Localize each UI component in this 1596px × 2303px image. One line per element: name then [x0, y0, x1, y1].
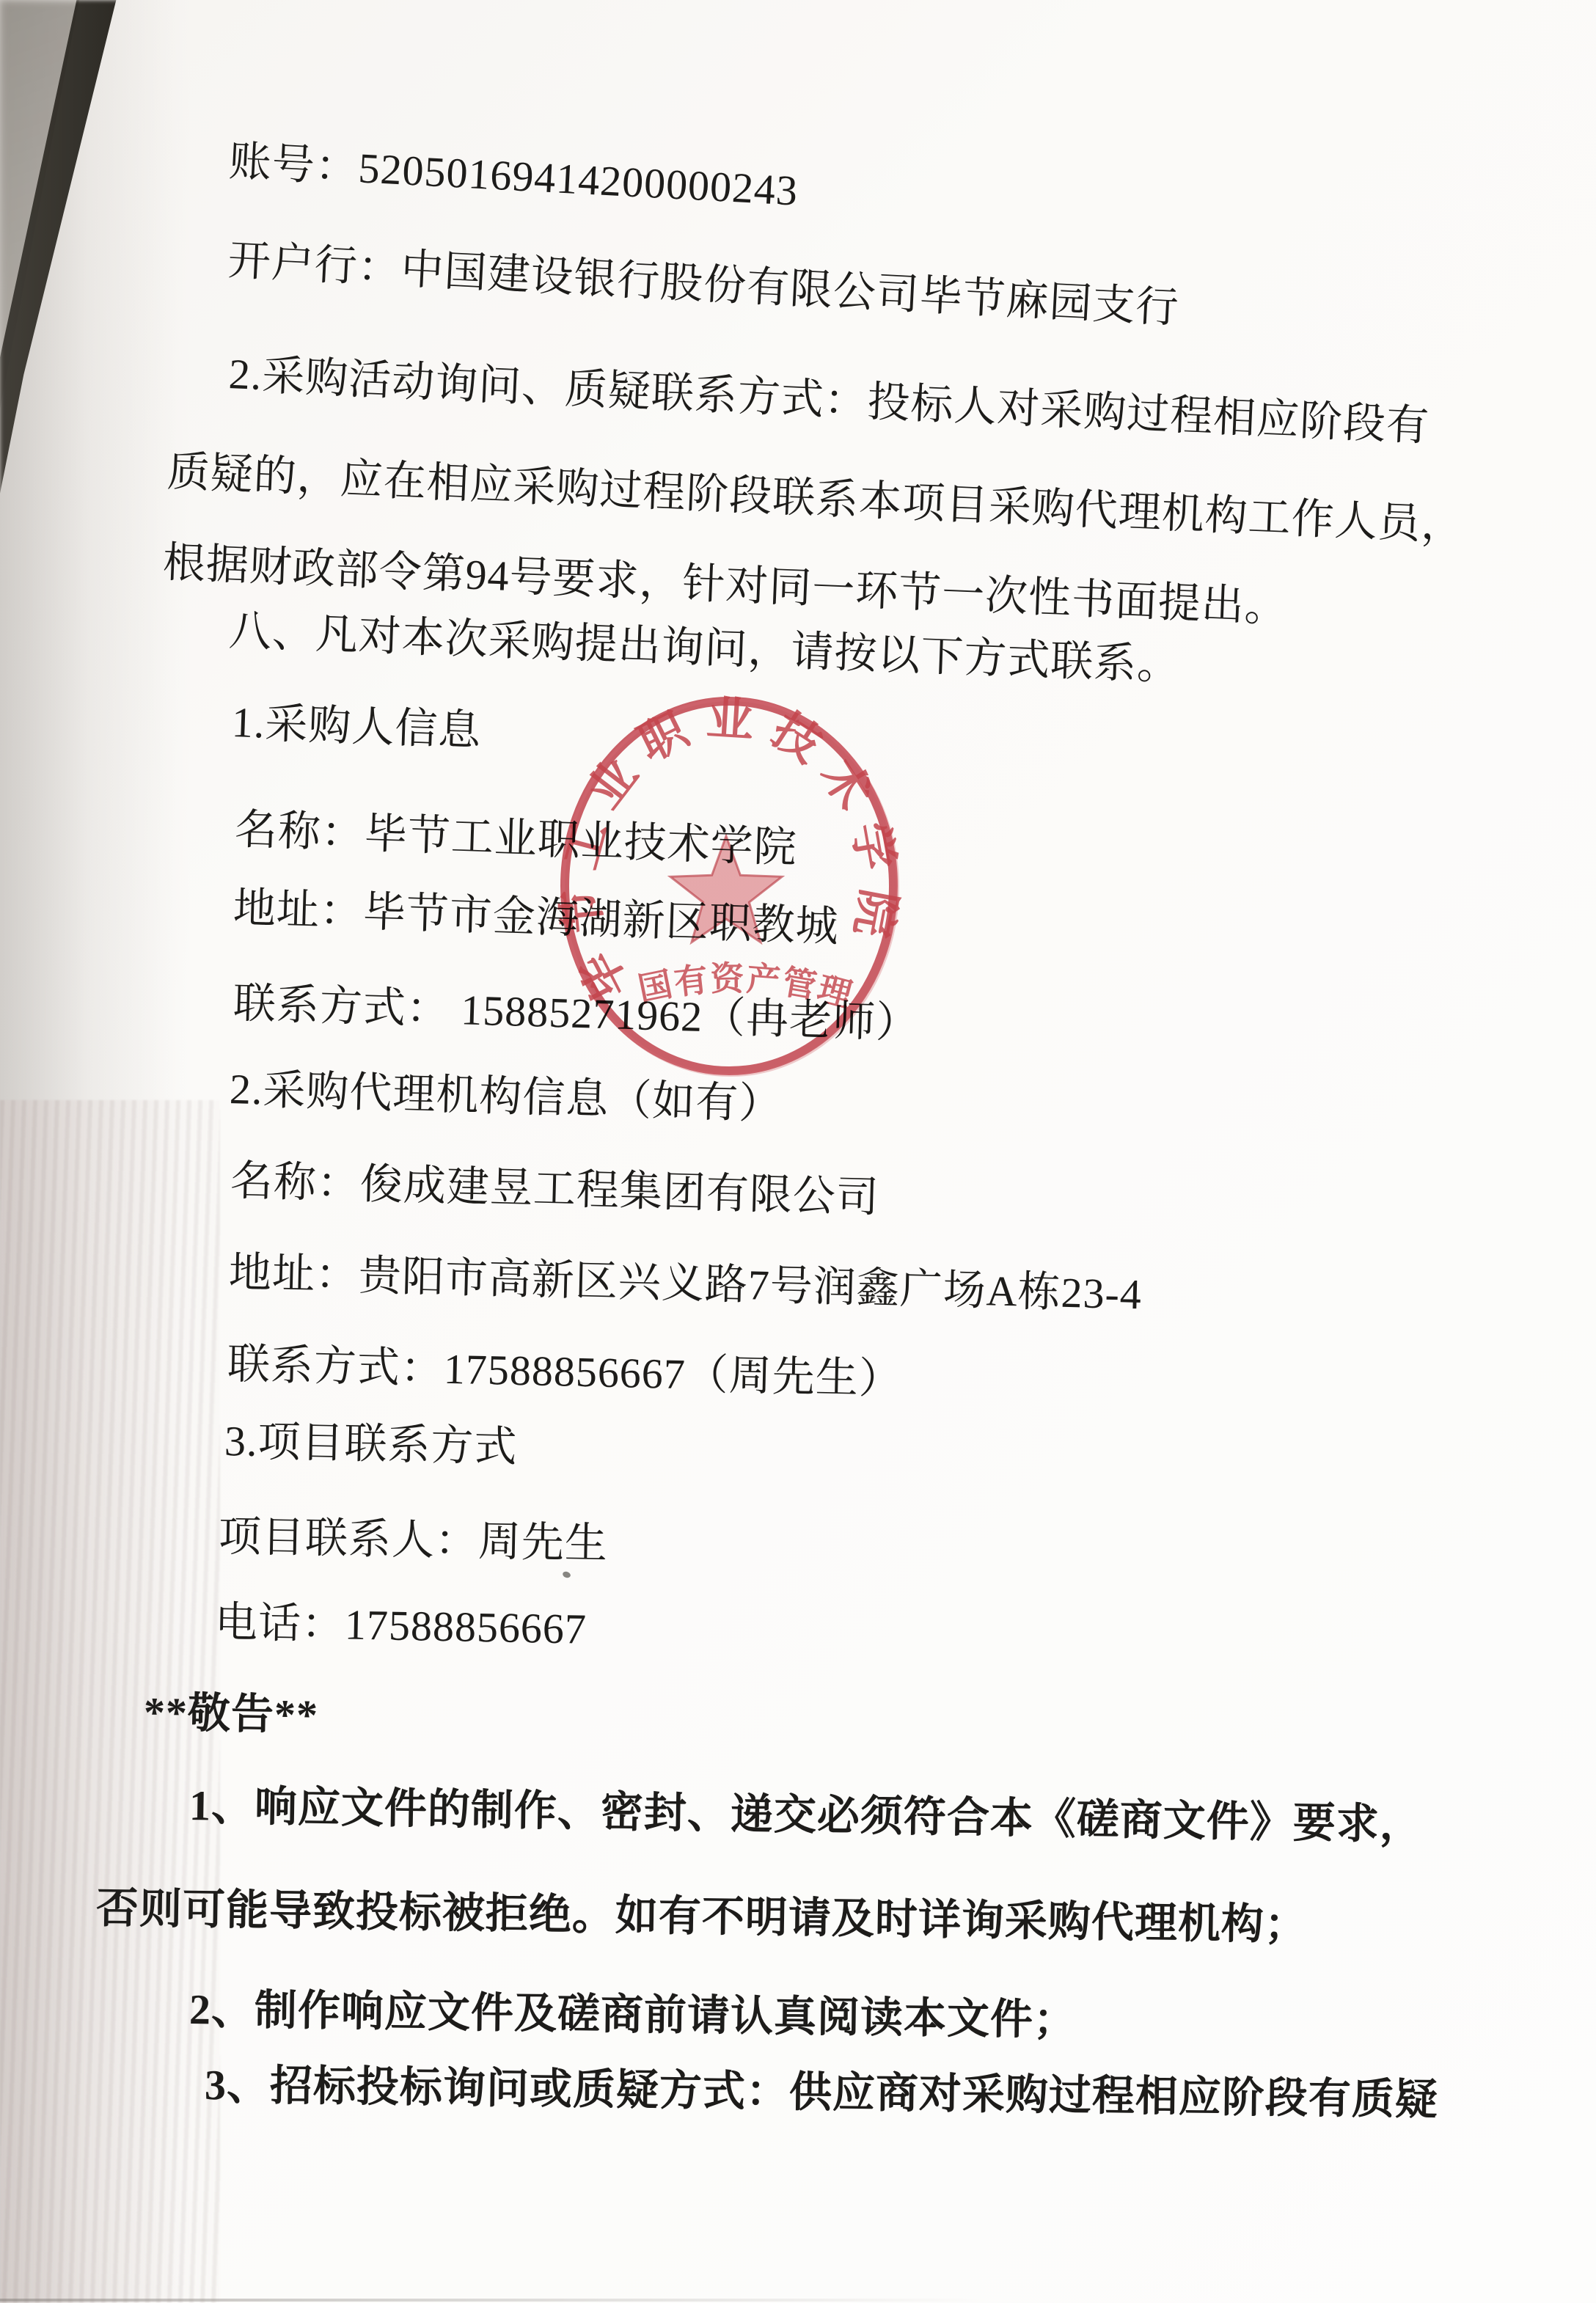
line-project-contact-heading: 3.项目联系方式 — [224, 1416, 518, 1473]
line-project-phone: 电话：17588856667 — [214, 1597, 587, 1655]
line-purchaser-name: 名称：毕节工业职业技术学院 — [234, 804, 798, 874]
line-purchaser-contact: 联系方式： 15885271962（冉老师） — [233, 978, 920, 1050]
ink-speck — [562, 1570, 571, 1578]
line-inquiry-contact-1: 2.采购活动询问、质疑联系方式：投标人对采购过程相应阶段有 — [227, 348, 1430, 452]
bottom-paper-edge — [0, 2299, 989, 2302]
line-notice-item-3: 3、招标投标询问或质疑方式：供应商对采购过程相应阶段有质疑 — [205, 2059, 1439, 2126]
line-agency-name: 名称：俊成建昱工程集团有限公司 — [230, 1155, 880, 1223]
line-bank-name: 开户行：中国建设银行股份有限公司毕节麻园支行 — [227, 235, 1180, 334]
scanned-document-page: 账号：52050169414200000243 开户行：中国建设银行股份有限公司… — [0, 0, 1596, 2303]
line-notice-heading: **敬告** — [143, 1687, 318, 1741]
left-paper-edge-shading — [0, 0, 220, 2303]
line-account-number: 账号：52050169414200000243 — [227, 136, 799, 217]
page-corner-paper-edge — [0, 0, 264, 851]
page-corner-shadow — [0, 0, 264, 851]
line-notice-item-2: 2、制作响应文件及磋商前请认真阅读本文件； — [189, 1984, 1077, 2046]
line-purchaser-address: 地址：毕节市金海湖新区职教城 — [233, 882, 840, 953]
line-notice-item-1b: 否则可能导致投标被拒绝。如有不明请及时详询采购代理机构； — [96, 1883, 1308, 1951]
line-project-contact-person: 项目联系人：周先生 — [218, 1511, 608, 1570]
line-purchaser-info-heading: 1.采购人信息 — [231, 697, 483, 757]
line-inquiry-contact-2: 质疑的，应在相应采购过程阶段联系本项目采购代理机构工作人员， — [166, 446, 1465, 552]
line-agency-contact: 联系方式：17588856667（周先生） — [227, 1339, 902, 1405]
line-agency-address: 地址：贵阳市高新区兴义路7号润鑫广场A栋23-4 — [228, 1247, 1143, 1320]
line-agency-info-heading: 2.采购代理机构信息（如有） — [229, 1063, 783, 1130]
line-notice-item-1a: 1、响应文件的制作、密封、递交必须符合本《磋商文件》要求， — [188, 1780, 1423, 1850]
